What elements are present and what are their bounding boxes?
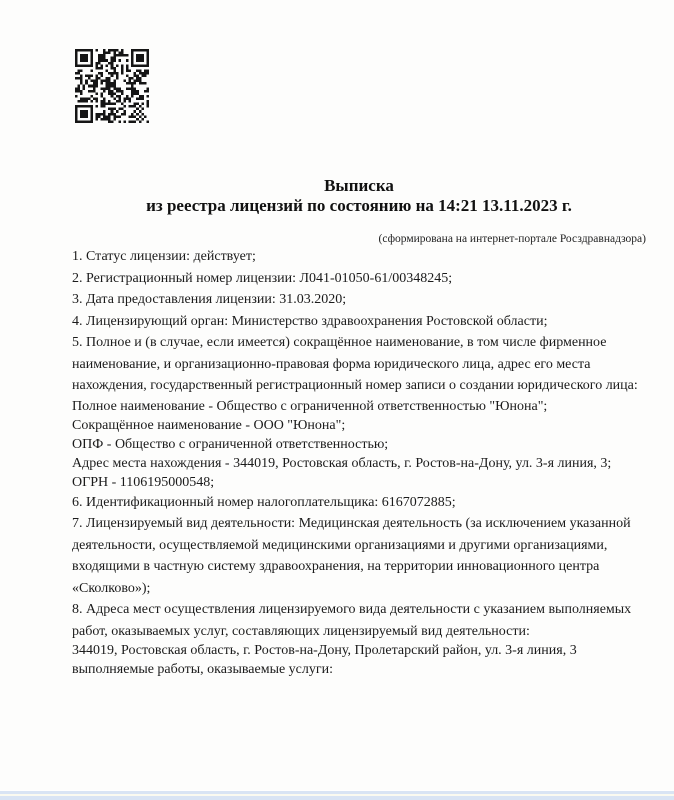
licensed-activity-clause: 7. Лицензируемый вид деятельности: Медиц… (72, 513, 646, 599)
org-naming-clause: 5. Полное и (в случае, если имеется) сок… (72, 332, 646, 397)
document-title-line1: Выписка (72, 176, 646, 196)
licensing-authority-line: 4. Лицензирующий орган: Министерство здр… (72, 311, 646, 333)
document-content: Выписка из реестра лицензий по состоянию… (0, 0, 674, 679)
document-title: Выписка из реестра лицензий по состоянию… (72, 176, 646, 216)
document-title-line2: из реестра лицензий по состоянию на 14:2… (72, 196, 646, 216)
table-header-stub (0, 790, 674, 800)
activity-address-entry: 344019, Ростовская область, г. Ростов-на… (72, 642, 646, 679)
activity-addresses-clause: 8. Адреса мест осуществления лицензируем… (72, 599, 646, 642)
taxpayer-inn-line: 6. Идентификационный номер налогоплатель… (72, 492, 646, 514)
license-reg-number-line: 2. Регистрационный номер лицензии: Л041-… (72, 268, 646, 290)
license-extract-page: Выписка из реестра лицензий по состоянию… (0, 0, 674, 800)
license-grant-date-line: 3. Дата предоставления лицензии: 31.03.2… (72, 289, 646, 311)
document-body: 1. Статус лицензии: действует; 2. Регист… (72, 246, 646, 679)
document-subtitle: (сформирована на интернет-портале Росздр… (72, 232, 646, 246)
org-details-block: Полное наименование - Общество с огранич… (72, 397, 646, 492)
license-status-line: 1. Статус лицензии: действует; (72, 246, 646, 268)
